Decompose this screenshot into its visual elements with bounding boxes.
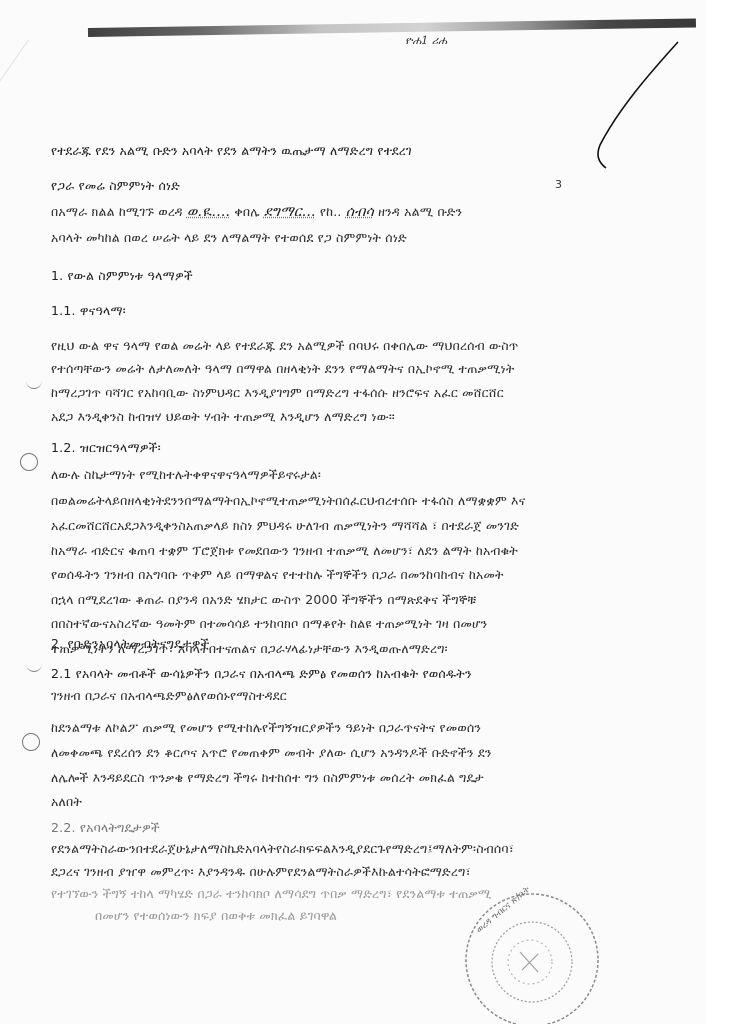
section-1-2-line: አፈርመሸርሸርአደጋእንዲቀንስአጠቃላይ ክስነ ምህዳሩ ሁለገብ ጠቃሚ… (51, 518, 519, 534)
section-2-1-line: ገንዘብ በጋራና በአብላጫድምፅለየወሰኑየማስተዳደር (51, 688, 287, 704)
document-subtitle: የጋራ የመሬ ስምምነት ሰነድ (51, 178, 180, 194)
punch-hole (26, 655, 42, 672)
intro-kebele-label: ቀበሌ (234, 204, 259, 219)
document-title: የተደራጁ የደን አልሚ ቡድን አባላት የደን ልማትን ዉጤታማ ለማድ… (51, 143, 412, 159)
section-2-2-line: ደጋረና ገንዘብ ያዠዋ መምረጥ፡ እያንዳንዱ በሁሉምየደንልማትስራዎ… (51, 864, 471, 880)
section-1-2-line: ለውሉ ስኬታማነት የሚከተሉትቀዋናዋናዓላማዎችይኖሩታል፡ (51, 467, 321, 483)
section-2-2-heading: 2.2. የአባላትግዴታዎች (51, 820, 160, 836)
section-1-heading: 1. የውል ስምምነቱ ዓላማዎች (51, 268, 193, 284)
section-2-2-line: የደንልማትስራውንበተደራጀሁኔታለማስኬድአባላትየስራክፍፍልእንዲያደር… (51, 841, 514, 857)
section-1-1-line: ከማረጋገጥ ባሻገር የአከባቢው ስነምህዳር እንዲያገግም በማድረግ … (51, 385, 504, 401)
section-2-1-line: ለመቀመጫ የደረሰን ደን ቆርጦና አጥሮ የመጠቀም መብት ያለው ሲሆ… (51, 745, 492, 761)
scanned-page: ዮሐ1 ሪሐ የተደራጁ የደን አልሚ ቡድን አባላት የደን ልማትን ዉ… (0, 0, 706, 1024)
section-1-2-line: ከአማራ ብድርና ቁጠባ ተቋም ፕሮጀክቱ የመደበውን ገንዘብ ተጠቃሚ… (51, 543, 518, 559)
pen-stroke-mark (578, 40, 688, 170)
intro-prefix: በአማራ ክልል ከሚገኙ ወረዳ (51, 204, 183, 219)
intro-line-2: አባላት መካከል በወረ ሠሬት ላይ ደን ለማልማት የተወሰደ የጋ ስ… (51, 230, 407, 246)
section-1-2-line: በበስተኛውናአስረኛው ዓመትም በተመሳሳይ ተንከባክቦ በማቆየት ከል… (51, 616, 487, 632)
section-2-1-line: አለበት (51, 794, 82, 810)
section-1-1-line: የተሰጣቸውን መሬት ለታለመለት ዓላማ በማዋል በዘላቂነት ደንን የ… (51, 361, 514, 377)
punch-hole (26, 372, 42, 389)
handwritten-kebele-field: ደግማር... (264, 204, 316, 220)
official-stamp (462, 890, 602, 1024)
section-2-1-heading: 2.1 የአባላት መብቶች ውሳኔዎችን በጋራና በአብላጫ ድምፅ የመወ… (51, 666, 472, 682)
handwritten-top-note: ዮሐ1 ሪሐ (405, 34, 447, 48)
intro-suffix: ዘንዳ አልሚ ቡድን (378, 204, 462, 219)
section-1-1-line: የዚህ ውል ዋና ዓላማ የወል መሬት ላይ የተደራጁ ደን አልሚዎች … (51, 338, 518, 354)
section-2-1-line: ከደንልማቱ ለኮልፖ ጠቃሚ የመሆን የሚተከሉየችግኝዝርያዎችን ዓይነ… (51, 720, 481, 736)
section-1-2-line: የወሰዱትን ገንዘብ በአግባቡ ጥቅም ላይ በማዋልና የተተከሉ ችግኞ… (51, 567, 504, 583)
scan-edge-shadow (88, 18, 696, 37)
section-2-heading: 2. የቡድንአባላትመብትናግዴታዎች (51, 636, 210, 652)
punch-hole (20, 453, 38, 471)
section-1-1-line: አደጋ እንዲቀንስ ከብዝሃ ህይወት ሃብት ተጠቃሚ እንዲሆን ለማድረ… (51, 409, 395, 425)
section-2-1-line: ለሌሎች እንዳይደርስ ጥንቃቄ የማድረግ ችግሩ ከተከሰተ ግን በስም… (51, 770, 484, 786)
page-marker: 3 (555, 178, 562, 191)
section-1-2-line: በኋላ በሚደረገው ቆጠራ በያንዳ በአንድ ሄክታር ውስጥ 2000 ች… (51, 592, 476, 608)
intro-label-2: የከ.. (320, 204, 342, 219)
handwritten-name-field: ሰብሳ (346, 204, 374, 220)
scan-margin (706, 0, 743, 1024)
section-2-2-faint-line: የተገኘውን ችግኝ ተከላ ማካሄድ በጋራ ተንከባክቦ ለማሳደግ ጥበቃ… (51, 886, 492, 902)
section-1-2-line: በወልመሬትላይበዘላቂነትደንንበማልማትበኢኮኖሚተጠቃሚነትበሰፈርህብረ… (51, 493, 525, 509)
section-2-2-faint-line: በመሆን የተወሰነውን ክፍያ በወቅቱ መክፈል ይገባዋል (95, 908, 337, 924)
section-1-1-heading: 1.1. ዋናዓላማ፡ (51, 303, 126, 319)
folded-corner (0, 40, 99, 120)
punch-hole (22, 733, 40, 751)
section-1-2-heading: 1.2. ዝርዝርዓላማዎች፡ (51, 440, 161, 456)
handwritten-woreda-field: ወ.ዪ.... (187, 204, 230, 220)
intro-line-1: በአማራ ክልል ከሚገኙ ወረዳ ወ.ዪ.... ቀበሌ ደግማር... የከ… (51, 204, 462, 220)
